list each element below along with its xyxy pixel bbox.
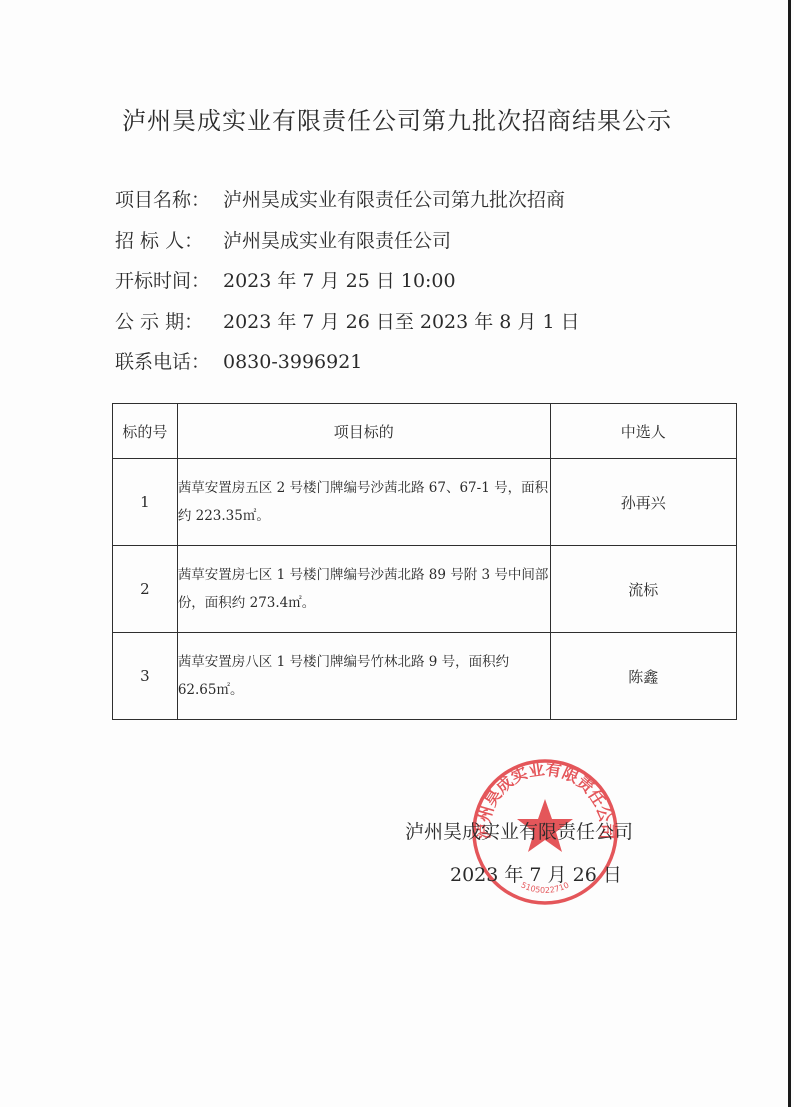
table-row: 1 茜草安置房五区 2 号楼门牌编号沙茜北路 67、67-1 号，面积约 223… bbox=[113, 459, 737, 546]
info-contact-phone: 联系电话：0830-3996921 bbox=[115, 342, 580, 383]
info-project-name: 项目名称：泸州昊成实业有限责任公司第九批次招商 bbox=[115, 180, 580, 221]
info-value: 泸州昊成实业有限责任公司 bbox=[223, 230, 451, 252]
info-tenderer: 招 标 人：泸州昊成实业有限责任公司 bbox=[115, 221, 580, 262]
project-item: 茜草安置房八区 1 号楼门牌编号竹林北路 9 号，面积约 62.65㎡。 bbox=[177, 633, 550, 720]
signature-company: 泸州昊成实业有限责任公司 bbox=[405, 817, 633, 844]
results-table: 标的号 项目标的 中选人 1 茜草安置房五区 2 号楼门牌编号沙茜北路 67、6… bbox=[112, 403, 737, 720]
info-label: 联系电话： bbox=[115, 342, 223, 383]
signature-date: 2023 年 7 月 26 日 bbox=[450, 860, 622, 887]
document-title: 泸州昊成实业有限责任公司第九批次招商结果公示 bbox=[0, 101, 794, 136]
project-item: 茜草安置房七区 1 号楼门牌编号沙茜北路 89 号附 3 号中间部份，面积约 2… bbox=[177, 546, 550, 633]
header-project-item: 项目标的 bbox=[177, 404, 550, 459]
info-value: 0830-3996921 bbox=[223, 351, 362, 373]
table-row: 3 茜草安置房八区 1 号楼门牌编号竹林北路 9 号，面积约 62.65㎡。 陈… bbox=[113, 633, 737, 720]
info-value: 2023 年 7 月 25 日 10:00 bbox=[223, 270, 456, 292]
document-page: 泸州昊成实业有限责任公司第九批次招商结果公示 项目名称：泸州昊成实业有限责任公司… bbox=[0, 0, 794, 1107]
table-header-row: 标的号 项目标的 中选人 bbox=[113, 404, 737, 459]
info-label: 项目名称： bbox=[115, 180, 223, 221]
info-publicity-period: 公 示 期：2023 年 7 月 26 日至 2023 年 8 月 1 日 bbox=[115, 302, 580, 343]
project-info: 项目名称：泸州昊成实业有限责任公司第九批次招商 招 标 人：泸州昊成实业有限责任… bbox=[115, 180, 580, 383]
lot-number: 3 bbox=[113, 633, 178, 720]
header-winner: 中选人 bbox=[550, 404, 736, 459]
scan-edge-border bbox=[788, 0, 791, 1107]
table-row: 2 茜草安置房七区 1 号楼门牌编号沙茜北路 89 号附 3 号中间部份，面积约… bbox=[113, 546, 737, 633]
info-value: 2023 年 7 月 26 日至 2023 年 8 月 1 日 bbox=[223, 311, 580, 333]
info-bid-opening-time: 开标时间：2023 年 7 月 25 日 10:00 bbox=[115, 261, 580, 302]
info-label: 公 示 期： bbox=[115, 302, 223, 343]
lot-number: 2 bbox=[113, 546, 178, 633]
project-item: 茜草安置房五区 2 号楼门牌编号沙茜北路 67、67-1 号，面积约 223.3… bbox=[177, 459, 550, 546]
winner: 流标 bbox=[550, 546, 736, 633]
info-label: 开标时间： bbox=[115, 261, 223, 302]
lot-number: 1 bbox=[113, 459, 178, 546]
winner: 陈鑫 bbox=[550, 633, 736, 720]
info-label: 招 标 人： bbox=[115, 221, 223, 262]
header-lot-number: 标的号 bbox=[113, 404, 178, 459]
winner: 孙再兴 bbox=[550, 459, 736, 546]
info-value: 泸州昊成实业有限责任公司第九批次招商 bbox=[223, 189, 565, 211]
